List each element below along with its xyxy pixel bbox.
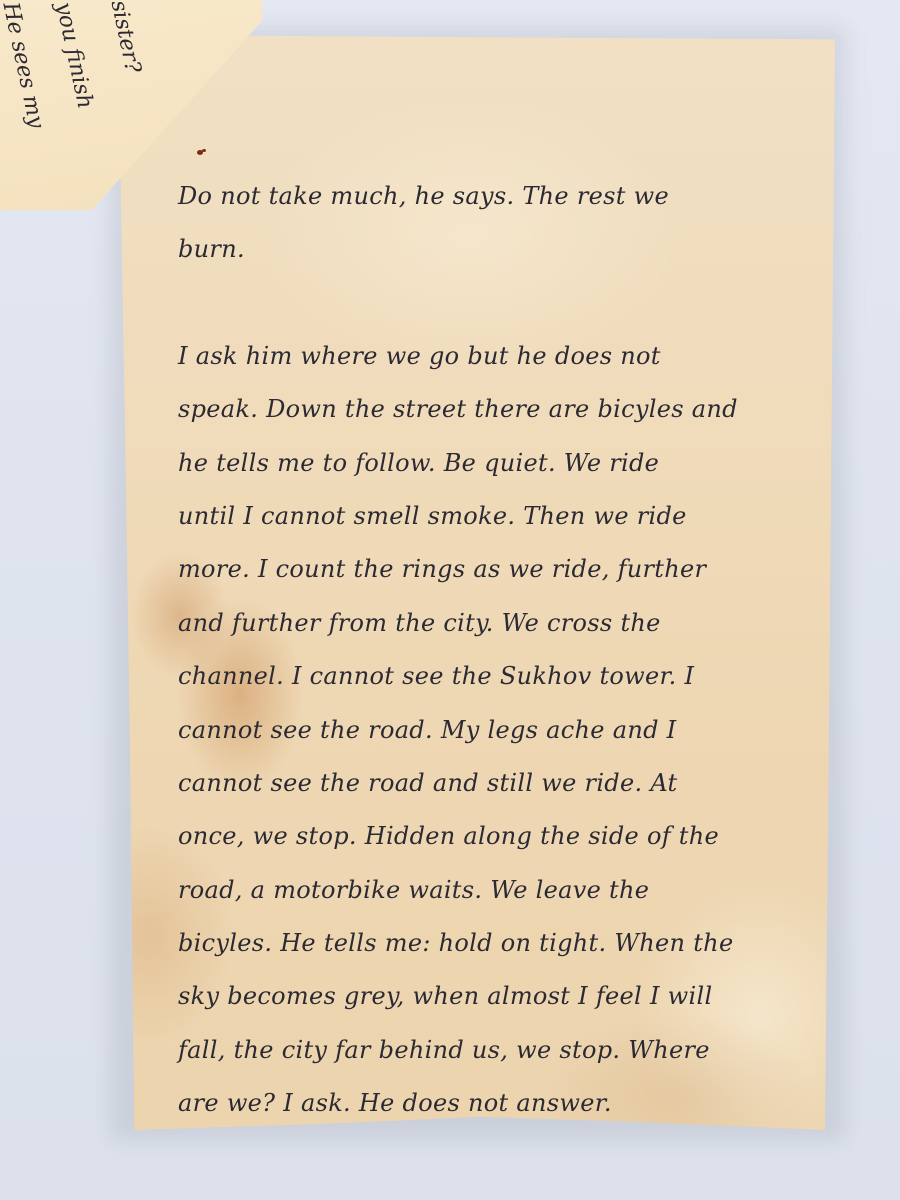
text-line: channel. I cannot see the Sukhov tower. … <box>178 650 778 703</box>
note-line: sister? <box>106 0 146 75</box>
text-line: speak. Down the street there are bicyles… <box>178 383 778 436</box>
pin-hole <box>192 108 200 114</box>
text-line: road, a motorbike waits. We leave the <box>178 864 778 917</box>
text-line: cannot see the road. My legs ache and I <box>178 704 778 757</box>
paragraph-2: I ask him where we go but he does not sp… <box>178 330 778 1131</box>
text-line: more. I count the rings as we ride, furt… <box>178 543 778 596</box>
side-note-paper: sister? you finish He sees my <box>0 0 262 210</box>
text-line: fall, the city far behind us, we stop. W… <box>178 1024 778 1077</box>
handwritten-text: Do not take much, he says. The rest we b… <box>178 170 778 1131</box>
text-line: once, we stop. Hidden along the side of … <box>178 810 778 863</box>
text-line: he tells me to follow. Be quiet. We ride <box>178 437 778 490</box>
note-line: He sees my <box>0 0 49 131</box>
text-line: I ask him where we go but he does not <box>178 330 778 383</box>
text-line: burn. <box>178 223 778 276</box>
paragraph-spacer <box>178 277 778 330</box>
text-line: until I cannot smell smoke. Then we ride <box>178 490 778 543</box>
text-line: cannot see the road and still we ride. A… <box>178 757 778 810</box>
text-line: sky becomes grey, when almost I feel I w… <box>178 970 778 1023</box>
text-line: bicyles. He tells me: hold on tight. Whe… <box>178 917 778 970</box>
side-note-region: sister? you finish He sees my <box>0 0 270 215</box>
text-line: and further from the city. We cross the <box>178 597 778 650</box>
note-line: you finish <box>51 0 98 111</box>
